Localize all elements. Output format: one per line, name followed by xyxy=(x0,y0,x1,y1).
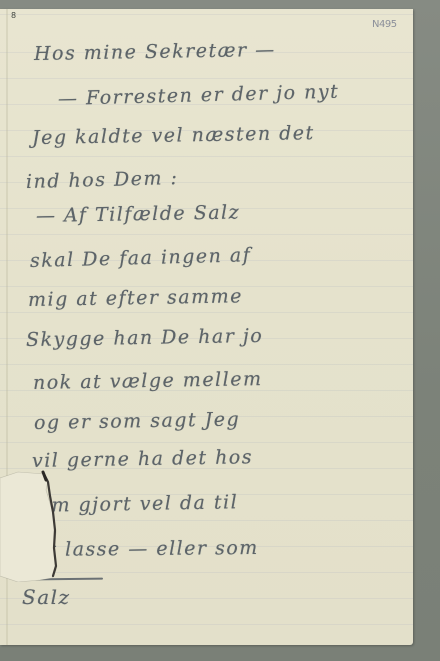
corner-mark: 8 xyxy=(11,11,16,20)
handwritten-line: nok at vælge mellem xyxy=(33,368,263,394)
handwritten-line: ind hos Dem : xyxy=(26,167,179,193)
catalog-number: N495 xyxy=(372,19,397,30)
handwritten-line: — Af Tilfælde Salz xyxy=(36,201,241,227)
handwritten-line: mig at efter samme xyxy=(28,285,243,311)
handwritten-line: vil gerne ha det hos xyxy=(32,446,253,472)
signature: Salz xyxy=(22,585,71,609)
manuscript-page: 8 N495 Hos mine Sekretær — — Forresten e… xyxy=(0,9,413,645)
handwritten-line: og er som sagt Jeg xyxy=(34,408,241,434)
handwritten-line: Hos mine Sekretær — xyxy=(34,39,276,65)
handwritten-line: Skygge han De har jo xyxy=(26,325,264,351)
paper-tear xyxy=(0,470,58,582)
